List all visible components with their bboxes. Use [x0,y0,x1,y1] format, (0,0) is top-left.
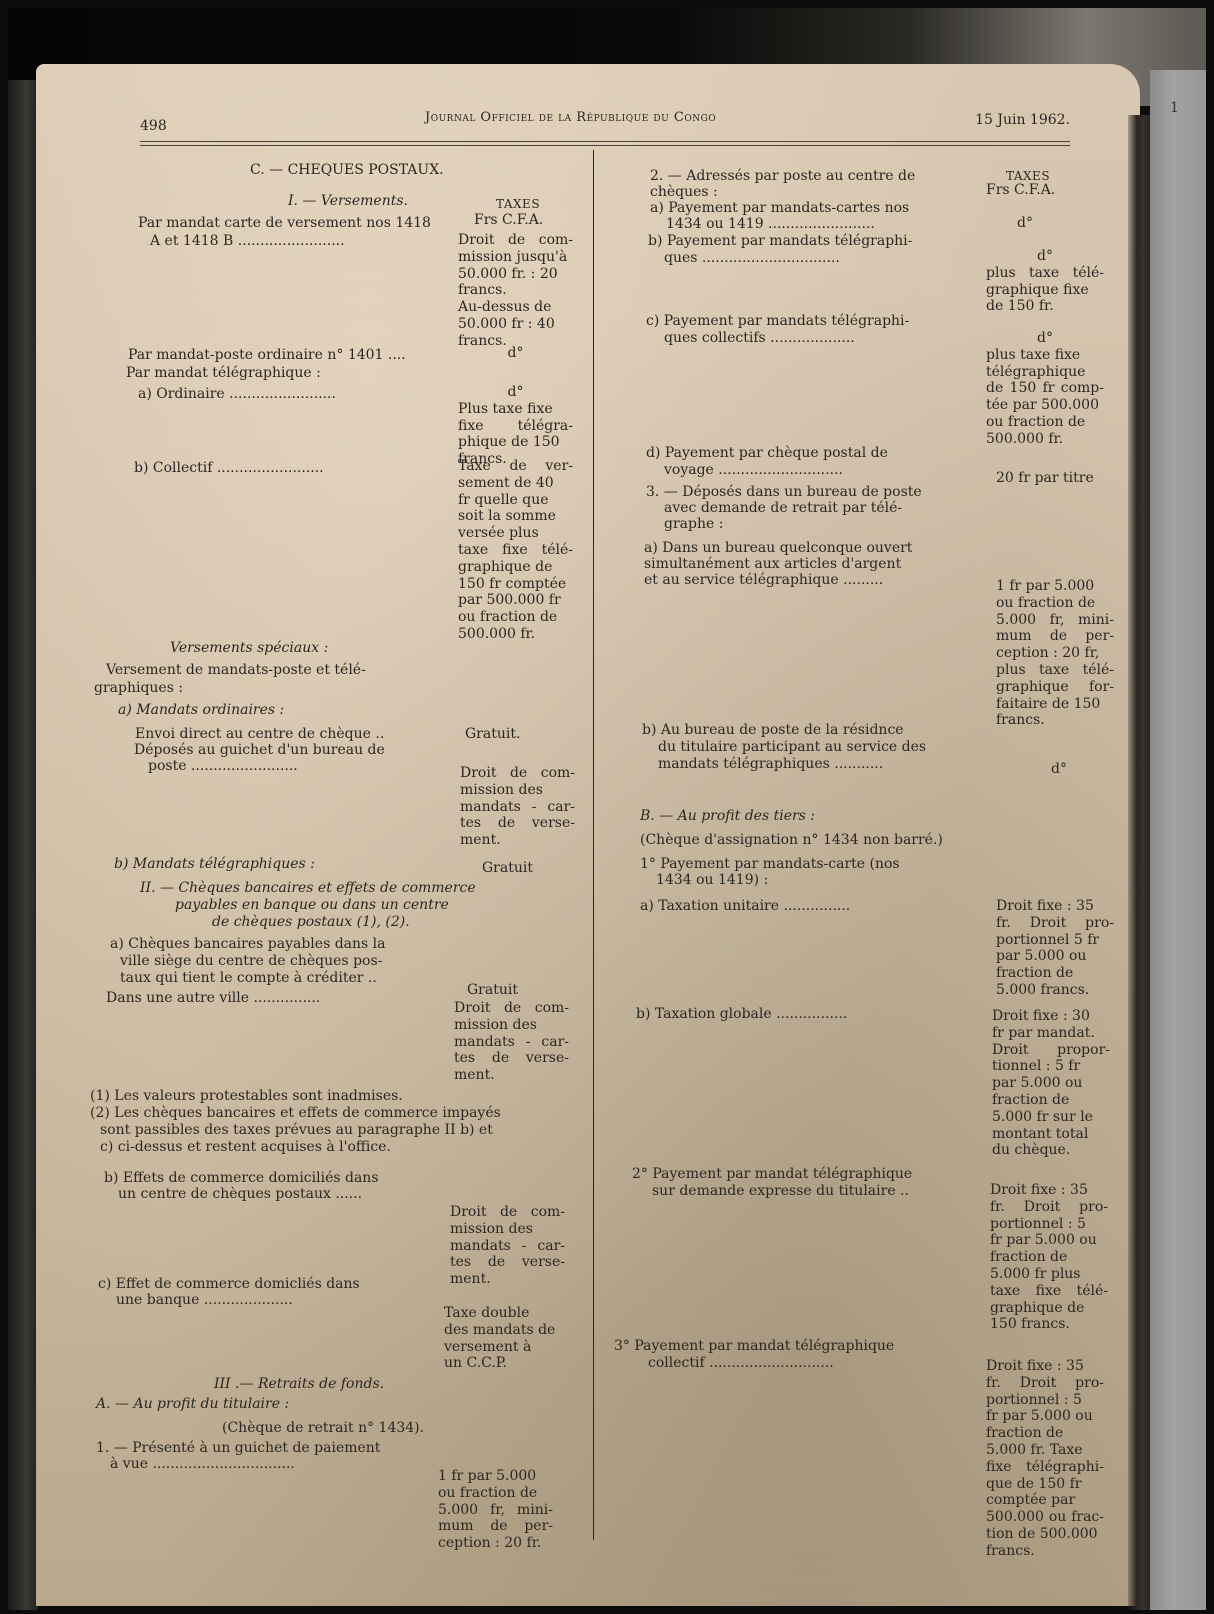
tax-line: fixe télégra- [458,418,573,435]
tax-line: comptée par [986,1492,1104,1509]
tax-line: fraction de [996,965,1114,982]
tax-line: ment. [460,832,575,849]
footnote: sont passibles des taxes prévues au para… [100,1122,493,1139]
tax-line: ou fraction de [438,1485,553,1502]
row-tax: Droit de com-mission desmandats - car-te… [454,1000,569,1084]
row-label: b) Collectif ........................ [134,460,324,477]
tax-line: graphique fixe [986,282,1104,299]
tax-line: faitaire de 150 [996,696,1114,713]
tax-line: ception : 20 fr, [996,645,1114,662]
tax-line: fr. Droit pro- [986,1375,1104,1392]
row-label: a) Taxation unitaire ............... [640,898,850,915]
tax-line: plus taxe télé- [996,662,1114,679]
row-label: c) Payement par mandats télégraphi- [646,313,909,330]
subsection-title: A. — Au profit du titulaire : [96,1396,289,1413]
paragraph: graphiques : [94,680,183,697]
book-spine-edge [8,80,38,1610]
paragraph: 1° Payement par mandats-carte (nos [640,856,900,873]
tax-line: francs. [996,712,1114,729]
row-tax: Droit fixe : 35fr. Droit pro-portionnel … [986,1358,1104,1560]
tax-line: Plus taxe fixe [458,401,573,418]
tax-line: d° [1000,761,1118,778]
row-label: simultanément aux articles d'argent [644,556,901,573]
subsection-title: Versements spéciaux : [170,640,328,657]
row-label: mandats télégraphiques ........... [658,756,883,773]
tax-line: graphique for- [996,679,1114,696]
paragraph: (Chèque d'assignation n° 1434 non barré.… [640,832,943,849]
tax-line: de 150 fr. [986,298,1104,315]
tax-line: 50.000 fr. : 20 [458,266,573,283]
row-tax: d° [458,345,573,362]
tax-line: fraction de [990,1249,1108,1266]
tax-line: mission jusqu'à [458,249,573,266]
tax-line: 5.000 francs. [996,982,1114,999]
tax-line: fr. Droit pro- [996,915,1114,932]
row-label: Par mandat-poste ordinaire n° 1401 .... [128,347,406,364]
tax-line: un C.C.P. [444,1355,559,1372]
footnote: c) ci-dessus et restent acquises à l'off… [100,1139,391,1156]
row-tax: 1 fr par 5.000ou fraction de5.000 fr, mi… [996,578,1114,729]
row-label: un centre de chèques postaux ...... [118,1186,362,1203]
tax-line: mandats - car- [450,1238,565,1255]
row-tax: d°Plus taxe fixefixe télégra-phique de 1… [458,384,573,468]
row-label: A et 1418 B ........................ [150,233,345,250]
paragraph: Versement de mandats-poste et télé- [106,662,366,679]
row-label: c) Effet de commerce domicliés dans [98,1276,360,1293]
currency-header: Frs C.F.A. [986,182,1055,199]
tax-line: mission des [450,1221,565,1238]
section-title: C. — CHEQUES POSTAUX. [250,162,444,179]
journal-title: Journal Officiel de la République du Con… [425,110,716,125]
section-title: II. — Chèques bancaires et effets de com… [140,880,476,897]
tax-line: mum de per- [996,628,1114,645]
row-tax: Droit de com-mission desmandats - car-te… [450,1204,565,1288]
tax-line: tes de verse- [460,815,575,832]
paragraph: chèques : [650,184,718,201]
row-label: a) Ordinaire ........................ [138,386,336,403]
tax-line: mission des [454,1017,569,1034]
row-label: voyage ............................ [664,462,843,479]
row-tax: Droit de com-mission jusqu'à50.000 fr. :… [458,232,573,350]
row-label: Par mandat carte de versement nos 1418 [138,215,431,232]
row-label: b) Taxation globale ................ [636,1006,847,1023]
tax-line: fr. Droit pro- [990,1199,1108,1216]
row-label: ques collectifs ................... [664,330,855,347]
row-tax: Droit fixe : 35fr. Droit pro-portionnel … [990,1182,1108,1333]
tax-line: 1 fr par 5.000 [996,578,1114,595]
tax-line: Droit de com- [460,765,575,782]
tax-line: mission des [460,782,575,799]
tax-line: que de 150 fr [986,1476,1104,1493]
tax-line: taxe fixe télé- [458,542,573,559]
tax-line: versement à [444,1339,559,1356]
row-label: ville siège du centre de chèques pos- [120,953,382,970]
row-label: 2° Payement par mandat télégraphique [632,1166,912,1183]
row-tax: Droit de com-mission desmandats - car-te… [460,765,575,849]
row-label: b) Mandats télégraphiques : [114,856,315,873]
tax-line: fr par 5.000 ou [990,1232,1108,1249]
row-label: poste ........................ [148,758,298,775]
tax-line: 150 francs. [990,1316,1108,1333]
tax-line: 5.000 fr sur le [992,1109,1110,1126]
row-label: 1. — Présenté à un guichet de paiement [96,1440,380,1457]
tax-line: Taxe de ver- [458,458,573,475]
row-label: b) Effets de commerce domiciliés dans [104,1170,379,1187]
tax-line: fr quelle que [458,492,573,509]
paragraph: 1434 ou 1419) : [656,872,768,889]
subsection-title: I. — Versements. [288,193,408,210]
tax-line: 5.000 fr plus [990,1266,1108,1283]
tax-line: d° [458,345,573,362]
tax-line: 500.000 fr. [458,626,573,643]
tax-line: du chèque. [992,1142,1110,1159]
tax-line: ou fraction de [458,609,573,626]
tax-line: Au-dessus de [458,299,573,316]
row-tax: Gratuit [482,860,533,877]
tax-line: des mandats de [444,1322,559,1339]
taxes-header: TAXES [496,196,540,213]
paragraph: (Chèque de retrait n° 1434). [222,1420,424,1437]
tax-line: ment. [450,1271,565,1288]
tax-line: fr par mandat. [992,1025,1110,1042]
paragraph: graphe : [664,516,723,533]
tax-line: graphique de [990,1300,1108,1317]
tax-line: télégraphique [986,364,1104,381]
row-tax: 1 fr par 5.000ou fraction de5.000 fr, mi… [438,1468,553,1552]
tax-line: Droit fixe : 30 [992,1008,1110,1025]
tax-line: 5.000 fr, mini- [438,1502,553,1519]
row-tax: d° [1000,761,1118,778]
tax-line: Droit fixe : 35 [996,898,1114,915]
tax-line: 150 fr comptée [458,576,573,593]
tax-line: ou fraction de [996,595,1114,612]
tax-line: ment. [454,1067,569,1084]
tax-line: Droit de com- [458,232,573,249]
tax-line: par 5.000 ou [996,948,1114,965]
subsection-title: III .— Retraits de fonds. [214,1376,384,1393]
next-page-edge: 1 [1150,70,1206,1610]
tax-line: ception : 20 fr. [438,1535,553,1552]
footnote: (1) Les valeurs protestables sont inadmi… [90,1088,403,1105]
row-label: taux qui tient le compte à créditer .. [120,970,377,987]
row-tax: d° [966,215,1084,232]
row-tax: Taxe doubledes mandats deversement àun C… [444,1305,559,1372]
tax-line: Droit fixe : 35 [990,1182,1108,1199]
gutter-shadow [1128,115,1150,1610]
row-label: d) Payement par chèque postal de [646,445,888,462]
tax-line: versée plus [458,525,573,542]
tax-line: tionnel : 5 fr [992,1058,1110,1075]
row-label: Par mandat télégraphique : [126,365,321,382]
tax-line: francs. [986,1543,1104,1560]
row-label: Déposés au guichet d'un bureau de [134,742,385,759]
row-label: du titulaire participant au service des [658,739,926,756]
row-tax: d°plus taxe télé-graphique fixede 150 fr… [986,248,1104,315]
page-header: 498 Journal Officiel de la République du… [140,110,1070,132]
subsection-title: a) Mandats ordinaires : [118,702,284,719]
tax-line: 50.000 fr : 40 [458,316,573,333]
subsection-title: B. — Au profit des tiers : [640,808,815,825]
page-number: 498 [140,118,167,134]
tax-line: tée par 500.000 [986,397,1104,414]
row-label: et au service télégraphique ......... [644,572,883,589]
row-tax: d°plus taxe fixetélégraphiquede 150 fr c… [986,330,1104,448]
column-divider [593,150,594,1540]
issue-date: 15 Juin 1962. [975,112,1070,128]
row-tax: Droit fixe : 30fr par mandat.Droit propo… [992,1008,1110,1159]
row-tax: Droit fixe : 35fr. Droit pro-portionnel … [996,898,1114,999]
row-label: Dans une autre ville ............... [106,990,320,1007]
tax-line: par 500.000 fr [458,592,573,609]
tax-line: taxe fixe télé- [990,1283,1108,1300]
tax-line: portionnel : 5 [990,1216,1108,1233]
row-tax: Gratuit. [465,726,520,743]
tax-line: mum de per- [438,1518,553,1535]
row-label: b) Payement par mandats télégraphi- [648,233,912,250]
row-label: a) Dans un bureau quelconque ouvert [644,540,912,557]
row-tax: Gratuit [467,982,518,999]
row-label: à vue ................................ [110,1456,295,1473]
tax-line: d° [458,384,573,401]
tax-line: sement de 40 [458,475,573,492]
tax-line: fraction de [986,1425,1104,1442]
tax-line: tion de 500.000 [986,1526,1104,1543]
tax-line: Droit fixe : 35 [986,1358,1104,1375]
tax-line: plus taxe télé- [986,265,1104,282]
tax-line: mandats - car- [454,1034,569,1051]
paragraph: 2. — Adressés par poste au centre de [650,168,915,185]
header-rule [140,145,1070,146]
tax-line: de 150 fr comp- [986,380,1104,397]
tax-line: ou fraction de [986,414,1104,431]
tax-line: par 5.000 ou [992,1075,1110,1092]
tax-line: montant total [992,1126,1110,1143]
header-rule [140,141,1070,142]
tax-line: portionnel 5 fr [996,932,1114,949]
tax-line: d° [966,215,1084,232]
row-label: 1434 ou 1419 ........................ [666,216,875,233]
tax-line: d° [986,248,1104,265]
tax-line: graphique de [458,559,573,576]
tax-line: tes de verse- [454,1050,569,1067]
row-tax: 20 fr par titre [996,470,1094,487]
tax-line: soit la somme [458,508,573,525]
tax-line: francs. [458,282,573,299]
tax-line: fraction de [992,1092,1110,1109]
currency-header: Frs C.F.A. [474,212,543,229]
document-page [36,64,1140,1606]
tax-line: Droit de com- [450,1204,565,1221]
tax-line: fr par 5.000 ou [986,1408,1104,1425]
section-title: de chèques postaux (1), (2). [212,914,410,931]
tax-line: phique de 150 [458,434,573,451]
row-label: collectif ............................ [648,1355,834,1372]
tax-line: tes de verse- [450,1254,565,1271]
tax-line: mandats - car- [460,799,575,816]
tax-line: Taxe double [444,1305,559,1322]
row-label: sur demande expresse du titulaire .. [652,1183,909,1200]
tax-line: Droit de com- [454,1000,569,1017]
row-label: ques ............................... [664,250,840,267]
row-label: a) Payement par mandats-cartes nos [650,200,909,217]
row-label: Envoi direct au centre de chèque .. [135,726,384,743]
tax-line: 500.000 ou frac- [986,1509,1104,1526]
footnote: (2) Les chèques bancaires et effets de c… [90,1105,501,1122]
paragraph: avec demande de retrait par télé- [664,500,902,517]
row-label: a) Chèques bancaires payables dans la [110,936,385,953]
tax-line: 5.000 fr, mini- [996,612,1114,629]
tax-line: 5.000 fr. Taxe [986,1442,1104,1459]
paragraph: 3. — Déposés dans un bureau de poste [646,484,922,501]
tax-line: plus taxe fixe [986,347,1104,364]
tax-line: Droit propor- [992,1042,1110,1059]
tax-line: portionnel : 5 [986,1392,1104,1409]
tax-line: 1 fr par 5.000 [438,1468,553,1485]
row-tax: Taxe de ver-sement de 40fr quelle quesoi… [458,458,573,643]
tax-line: fixe télégraphi- [986,1459,1104,1476]
next-page-number: 1 [1170,100,1179,116]
row-label: 3° Payement par mandat télégraphique [614,1338,894,1355]
row-label: une banque .................... [116,1292,293,1309]
section-title: payables en banque ou dans un centre [175,897,449,914]
tax-line: 500.000 fr. [986,431,1104,448]
tax-line: d° [986,330,1104,347]
row-label: b) Au bureau de poste de la résidnce [642,722,904,739]
